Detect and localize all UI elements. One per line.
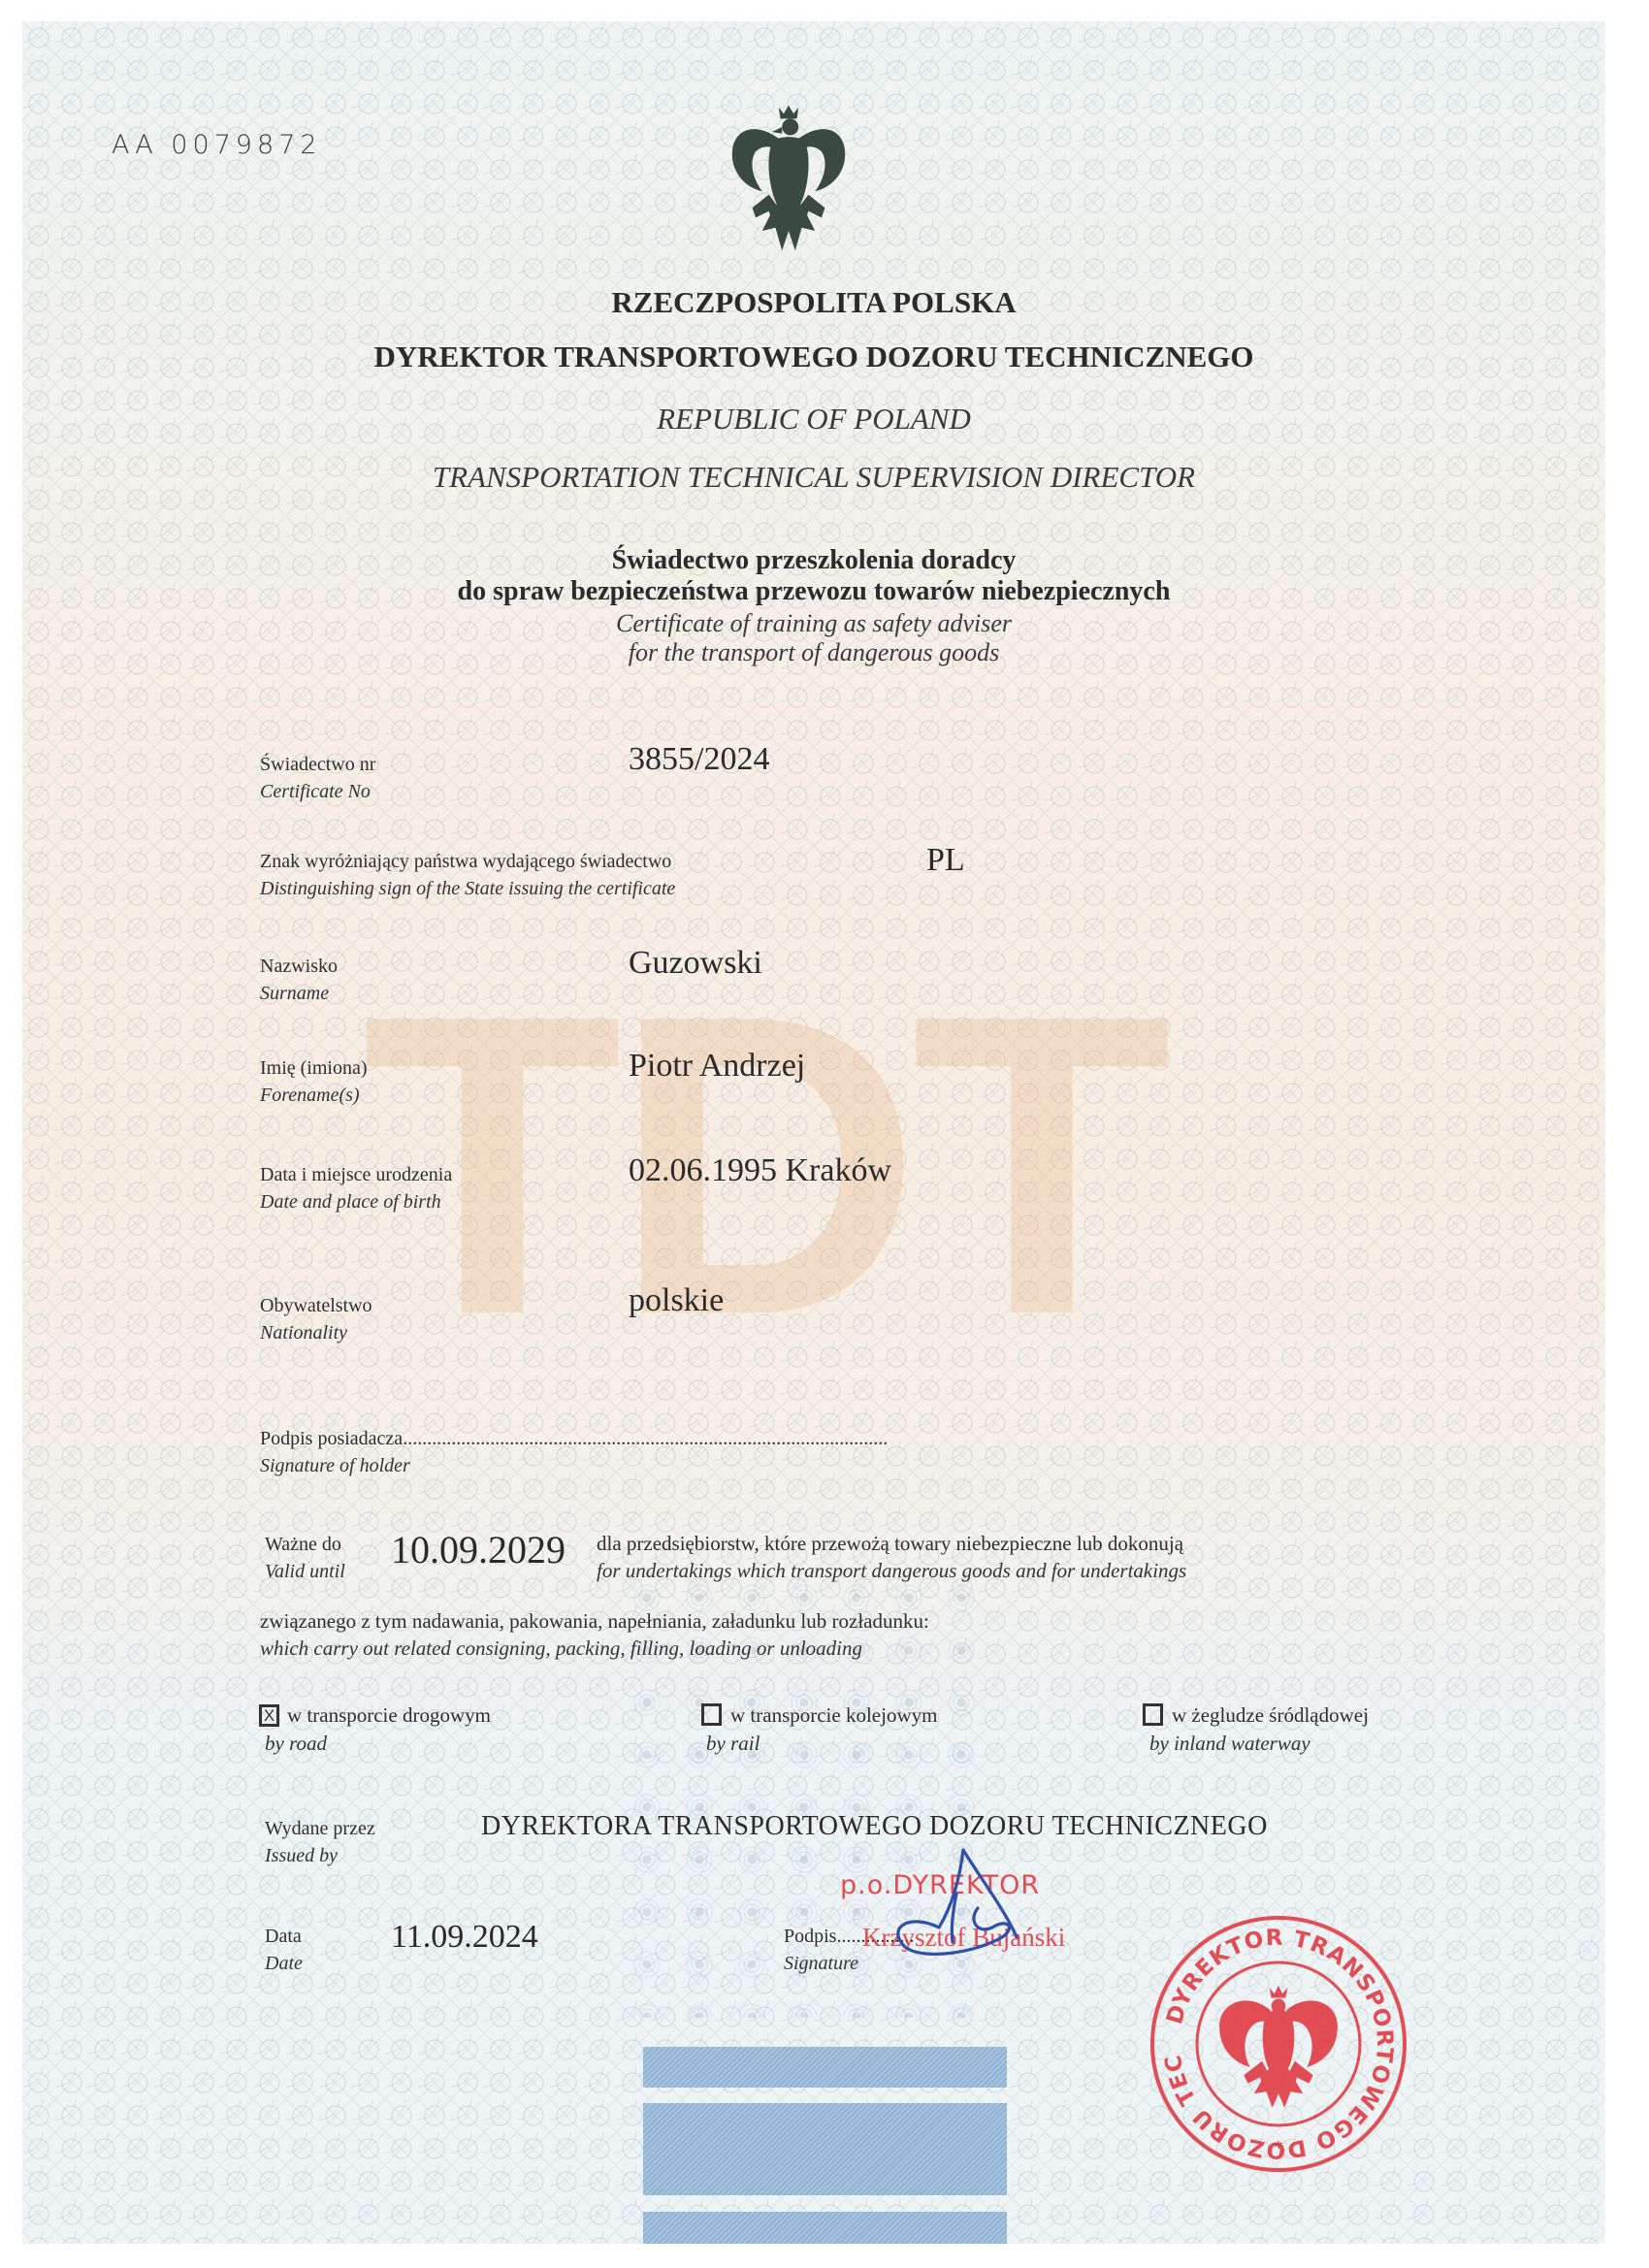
valid-until-label-en: Valid until bbox=[265, 1561, 345, 1583]
mode-rail-label-en: by rail bbox=[706, 1732, 760, 1756]
signature-label-en: Signature bbox=[784, 1953, 858, 1975]
title-pl-line2: do spraw bezpieczeństwa przewozu towarów… bbox=[22, 576, 1605, 607]
header-authority-en: TRANSPORTATION TECHNICAL SUPERVISION DIR… bbox=[22, 460, 1605, 495]
nationality-label-pl: Obywatelstwo bbox=[260, 1295, 372, 1317]
holder-signature-label-en: Signature of holder bbox=[260, 1455, 410, 1477]
title-en-line1: Certificate of training as safety advise… bbox=[22, 609, 1605, 638]
seal-star-icon: * bbox=[1274, 2137, 1283, 2158]
certificate-page: TDT AA 0079872 RZECZPOSPOLITA POLSKA DYR… bbox=[22, 21, 1605, 2244]
issue-date-label-pl: Data bbox=[265, 1926, 302, 1948]
forenames-label-pl: Imię (imiona) bbox=[260, 1057, 368, 1080]
mode-waterway-label-en: by inland waterway bbox=[1149, 1732, 1310, 1756]
checkbox-rail[interactable] bbox=[701, 1703, 722, 1726]
certificate-no-value: 3855/2024 bbox=[629, 741, 769, 778]
mode-waterway-label-pl: w żegludze śródlądowej bbox=[1172, 1703, 1369, 1728]
header-authority-pl: DYREKTOR TRANSPORTOWEGO DOZORU TECHNICZN… bbox=[22, 340, 1605, 374]
header-country-pl: RZECZPOSPOLITA POLSKA bbox=[22, 285, 1605, 320]
certificate-no-label-pl: Świadectwo nr bbox=[260, 754, 375, 776]
issued-by-label-en: Issued by bbox=[265, 1845, 338, 1867]
header-country-en: REPUBLIC OF POLAND bbox=[22, 402, 1605, 437]
official-seal: DYREKTOR TRANSPORTOWEGO DOZORU TECHNICZN… bbox=[1148, 1913, 1409, 2175]
state-sign-label-pl: Znak wyróżniający państwa wydającego świ… bbox=[260, 851, 671, 873]
handwritten-signature bbox=[871, 1845, 1046, 1971]
validity-text-en-1: for undertakings which transport dangero… bbox=[597, 1559, 1186, 1583]
birth-label-en: Date and place of birth bbox=[260, 1191, 441, 1214]
state-sign-value: PL bbox=[926, 842, 965, 879]
signature-text: Podpis bbox=[784, 1926, 836, 1947]
serial-number: AA 0079872 bbox=[112, 130, 322, 160]
birth-label-pl: Data i miejsce urodzenia bbox=[260, 1164, 452, 1186]
holder-signature-text: Podpis posiadacza bbox=[260, 1428, 403, 1449]
title-en-line2: for the transport of dangerous goods bbox=[22, 638, 1605, 667]
certificate-no-label-en: Certificate No bbox=[260, 781, 371, 803]
valid-until-label-pl: Ważne do bbox=[265, 1534, 341, 1556]
birth-value: 02.06.1995 Kraków bbox=[629, 1152, 891, 1189]
issue-date-label-en: Date bbox=[265, 1953, 303, 1975]
mode-road-label-pl: w transporcie drogowym bbox=[287, 1703, 491, 1728]
security-bar-3 bbox=[643, 2212, 1007, 2244]
checkbox-road[interactable]: X bbox=[259, 1704, 279, 1727]
issue-date-value: 11.09.2024 bbox=[391, 1919, 538, 1956]
validity-text-pl-2: związanego z tym nadawania, pakowania, n… bbox=[260, 1609, 929, 1634]
holder-signature-dotted-line: ........................................… bbox=[403, 1428, 888, 1449]
holder-signature-label-pl: Podpis posiadacza.......................… bbox=[260, 1428, 888, 1450]
surname-label-pl: Nazwisko bbox=[260, 956, 338, 978]
polish-eagle-icon bbox=[706, 99, 871, 264]
forenames-value: Piotr Andrzej bbox=[629, 1048, 805, 1085]
nationality-label-en: Nationality bbox=[260, 1322, 347, 1345]
forenames-label-en: Forename(s) bbox=[260, 1085, 360, 1107]
surname-label-en: Surname bbox=[260, 983, 329, 1005]
checkbox-inland-waterway[interactable] bbox=[1143, 1703, 1163, 1726]
state-sign-label-en: Distinguishing sign of the State issuing… bbox=[260, 878, 675, 900]
mode-road-label-en: by road bbox=[265, 1732, 327, 1756]
mode-rail-label-pl: w transporcie kolejowym bbox=[730, 1703, 937, 1728]
security-bar-2 bbox=[643, 2103, 1007, 2195]
issued-by-label-pl: Wydane przez bbox=[265, 1818, 375, 1840]
security-bar-1 bbox=[643, 2047, 1007, 2088]
valid-until-date: 10.09.2029 bbox=[391, 1527, 566, 1572]
nationality-value: polskie bbox=[629, 1282, 724, 1319]
validity-text-pl-1: dla przedsiębiorstw, które przewożą towa… bbox=[597, 1532, 1183, 1556]
title-pl-line1: Świadectwo przeszkolenia doradcy bbox=[22, 545, 1605, 576]
validity-text-en-2: which carry out related consigning, pack… bbox=[260, 1636, 862, 1661]
surname-value: Guzowski bbox=[629, 945, 762, 982]
issued-by-value: DYREKTORA TRANSPORTOWEGO DOZORU TECHNICZ… bbox=[481, 1811, 1268, 1842]
